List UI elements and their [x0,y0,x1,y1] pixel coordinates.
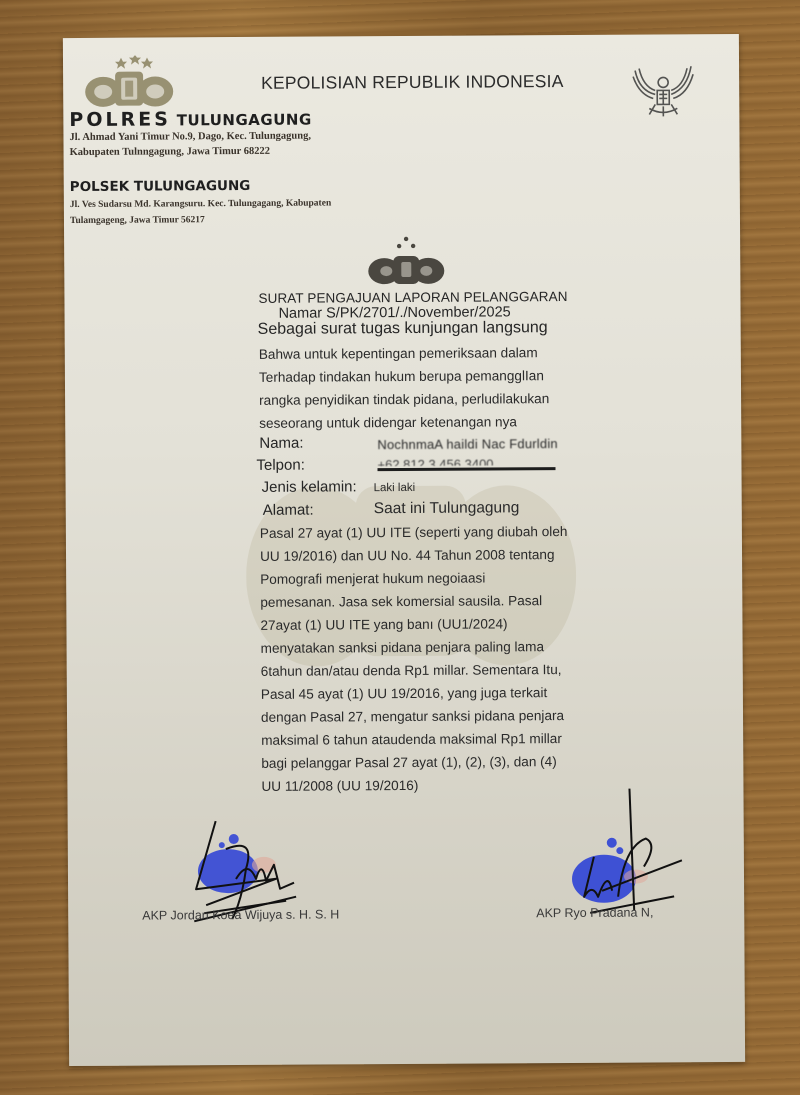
polsek-address: Jl. Ves Sudarsu Md. Karangsuru. Kec. Tul… [70,196,335,229]
legal-paragraph: Pasal 27 ayat (1) UU ITE (seperti yang d… [260,520,622,798]
polres-address: Jl. Ahmad Yani Timur No.9, Dago, Kec. Tu… [69,128,329,160]
police-crest-icon [83,55,175,112]
signatory-right-name: AKP Ryo Pradana N, [536,905,653,920]
institution-title: KEPOLISIAN REPUBLIK INDONESIA [261,71,564,94]
nama-value: NochnmaA haildi Nac Fdurldin [377,436,558,452]
telpon-value: +62 812 3 456 3400 [377,456,493,466]
intro-paragraph: Bahwa untuk kepentingan pemeriksaan dala… [259,341,590,435]
polres-name: POLRES TULUNGAGUNG [69,108,311,131]
jenis-kelamin-label: Jenis kelamin: [262,478,357,496]
alamat-value: Saat ini Tulungagung [374,499,520,518]
telpon-label: Telpon: [256,457,304,474]
letter-title: SURAT PENGAJUAN LAPORAN PELANGGARAN [258,289,567,306]
signatory-left-name: AKP Jordan Koea Wijuya s. H. S. H [142,907,339,922]
police-crest-icon [366,236,446,288]
letter-subtitle: Sebagai surat tugas kunjungan langsung [258,319,548,339]
jenis-kelamin-value: Laki laki [374,482,416,494]
alamat-label: Alamat: [263,502,314,519]
letter-paper: KEPOLISIAN REPUBLIK INDONESIA POLRES TUL… [63,34,745,1066]
polsek-name: POLSEK TULUNGAGUNG [70,178,251,195]
nama-label: Nama: [259,435,303,452]
garuda-emblem-icon [629,60,697,120]
